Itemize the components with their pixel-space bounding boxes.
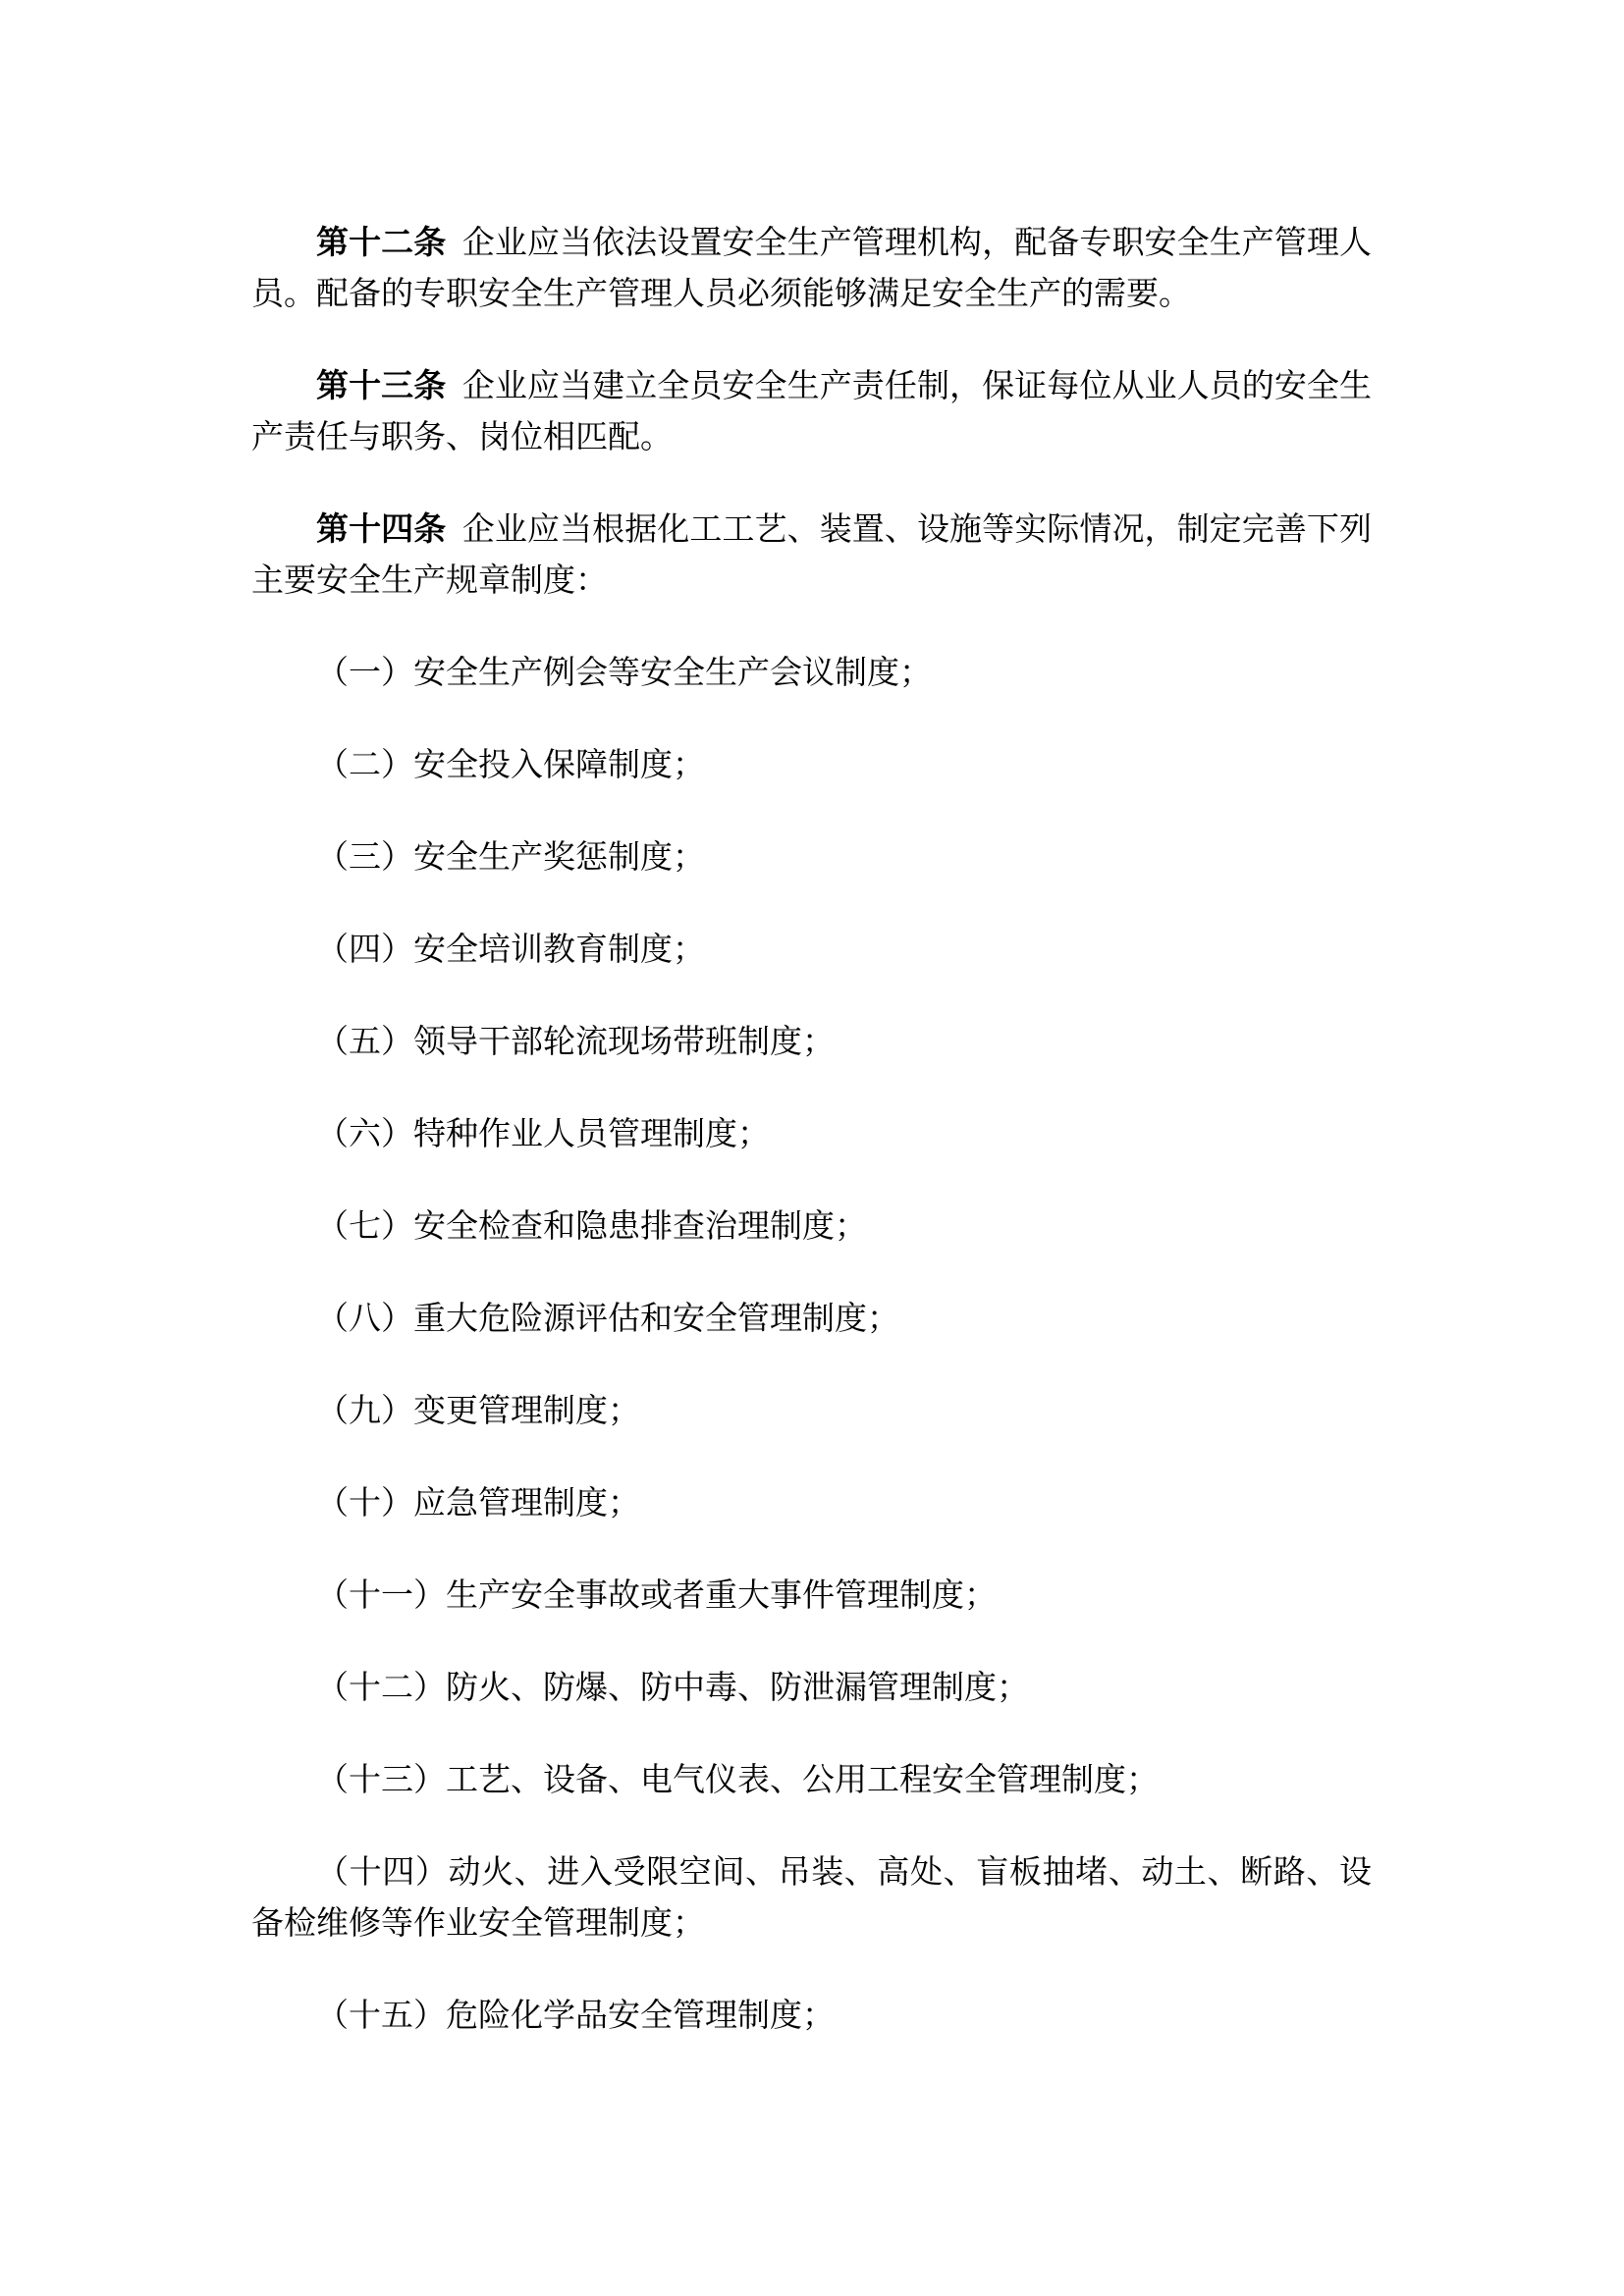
article-14-paragraph: 第十四条企业应当根据化工工艺、装置、设施等实际情况，制定完善下列主要安全生产规章…	[251, 505, 1372, 607]
article-14-number: 第十四条	[316, 512, 446, 548]
rule-item-11: （十一）生产安全事故或者重大事件管理制度；	[251, 1571, 1372, 1622]
rule-item-13: （十三）工艺、设备、电气仪表、公用工程安全管理制度；	[251, 1755, 1372, 1806]
rule-item-1: （一）安全生产例会等安全生产会议制度；	[251, 648, 1372, 699]
rule-item-10: （十）应急管理制度；	[251, 1478, 1372, 1529]
rule-item-4: （四）安全培训教育制度；	[251, 925, 1372, 976]
rule-item-5: （五）领导干部轮流现场带班制度；	[251, 1017, 1372, 1068]
rule-item-12: （十二）防火、防爆、防中毒、防泄漏管理制度；	[251, 1663, 1372, 1714]
article-12-paragraph: 第十二条企业应当依法设置安全生产管理机构，配备专职安全生产管理人员。配备的专职安…	[251, 218, 1372, 320]
document-page: 第十二条企业应当依法设置安全生产管理机构，配备专职安全生产管理人员。配备的专职安…	[0, 0, 1624, 2296]
rule-item-3: （三）安全生产奖惩制度；	[251, 832, 1372, 883]
rule-item-9: （九）变更管理制度；	[251, 1386, 1372, 1437]
rule-item-8: （八）重大危险源评估和安全管理制度；	[251, 1294, 1372, 1345]
article-13-number: 第十三条	[316, 369, 446, 404]
article-12-number: 第十二条	[316, 226, 446, 261]
rule-item-6: （六）特种作业人员管理制度；	[251, 1109, 1372, 1160]
rule-item-14: （十四）动火、进入受限空间、吊装、高处、盲板抽堵、动土、断路、设备检维修等作业安…	[251, 1847, 1372, 1949]
rule-item-7: （七）安全检查和隐患排查治理制度；	[251, 1201, 1372, 1253]
rule-item-2: （二）安全投入保障制度；	[251, 740, 1372, 791]
article-13-paragraph: 第十三条企业应当建立全员安全生产责任制，保证每位从业人员的安全生产责任与职务、岗…	[251, 361, 1372, 463]
rule-item-15: （十五）危险化学品安全管理制度；	[251, 1991, 1372, 2042]
